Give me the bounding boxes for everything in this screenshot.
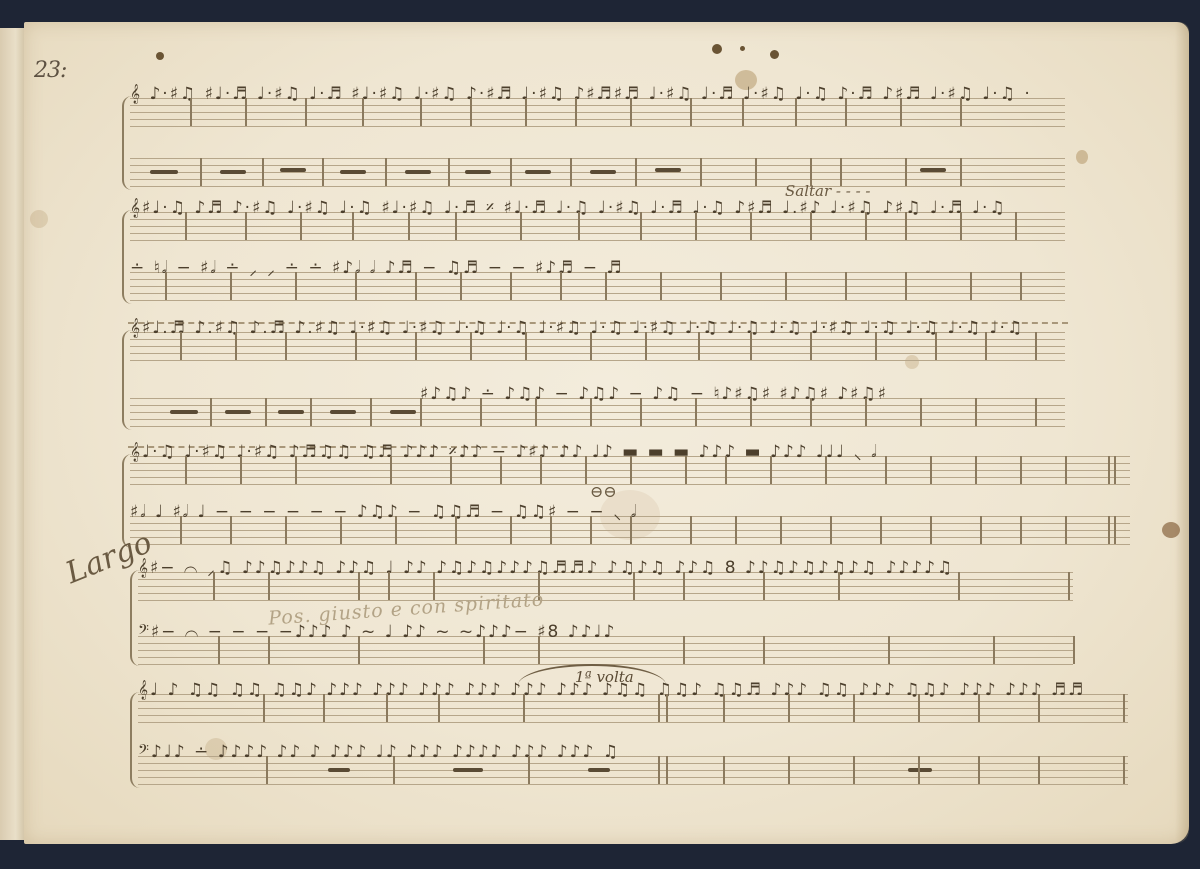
ink-spot: [740, 46, 745, 51]
note-run: 𝄞♯♩·♫ ♪♬ ♪·♯♫ ♩·♯♫ ♩·♫ ♯♩·♯♫ ♩·♬ 𝄎 ♯♩·♬ …: [130, 198, 1065, 242]
treble-staff: 𝄞♯♩·♫ ♪♬ ♪·♯♫ ♩·♯♫ ♩·♫ ♯♩·♯♫ ♩·♬ 𝄎 ♯♩·♬ …: [130, 212, 1065, 240]
bass-staff: [130, 158, 1065, 186]
bass-staff: ♯𝅗𝅥 ♩ ♯𝅗𝅥 ♩ − − − − − − ♪♫♪ − ♫♫♬ − ♫♫♯ …: [130, 516, 1130, 544]
treble-staff: 𝄞♯− ⌒ ⸝♫ ♪♪♫♪♪♫ ♪♪♫ ♩ ♪♪ ♪♫♪♫♪♪♪♫♬♬♪ ♪♫♪…: [138, 572, 1073, 600]
note-run: 𝄞♩ ♪ ♫♫ ♫♫ ♫♫♪ ♪♪♪ ♪♪♪ ♪♪♪ ♪♪♪ ♪♪♪ ♪♪♪ ♪…: [138, 680, 1128, 724]
page-edge: [1175, 22, 1189, 844]
note-run: ∸ ♮𝅗𝅥 − ♯𝅗𝅥 ∸ ⸝ ⸝ ∸ ∸ ♯♪𝅗𝅥 𝅗𝅥 ♪♬ − ♫♬ − …: [130, 258, 1065, 302]
note-run: 𝄢♯− ⌒ − − − −♪♪♪ ♪ ~ ♩ ♪♪ ~ ~♪♪♪− ♯8 ♪♪♩…: [138, 622, 1073, 666]
note-run: 𝄞 ♪·♯♫ ♯♩·♬ ♩·♯♫ ♩·♬ ♯♩·♯♫ ♩·♯♫ ♪·♯♬ ♩·♯…: [130, 84, 1065, 128]
ink-spot: [770, 50, 779, 59]
treble-staff: 𝄞♩·♫ ♩·♯♫ ♩·♯♫ ♪♬♫♫ ♫♬ ♪♪♪ 𝄎♪♪ − ♪♯♪ ♪♪ …: [130, 456, 1130, 484]
treble-staff: 𝄞♩ ♪ ♫♫ ♫♫ ♫♫♪ ♪♪♪ ♪♪♪ ♪♪♪ ♪♪♪ ♪♪♪ ♪♪♪ ♪…: [138, 694, 1128, 722]
note-run: 𝄞♯♩.♬ ♪.♯♫ ♪.♬ ♪.♯♫ ♩·♯♫ ♩·♯♫ ♩·♫ ♩·♫ ♩·…: [130, 318, 1065, 362]
foxing-stain: [30, 210, 48, 228]
left-page-edge: [0, 28, 26, 840]
ink-spot: [156, 52, 164, 60]
treble-staff: 𝄞 ♪·♯♫ ♯♩·♬ ♩·♯♫ ♩·♬ ♯♩·♯♫ ♩·♯♫ ♪·♯♬ ♩·♯…: [130, 98, 1065, 126]
note-run: 𝄢♪♩♪ ∸ ♪♪♪♪ ♪♪ ♪ ♪♪♪ ♩♪ ♪♪♪ ♪♪♪♪ ♪♪♪ ♪♪♪…: [138, 742, 1128, 786]
ink-spot: [712, 44, 722, 54]
bass-staff: 𝄢♪♩♪ ∸ ♪♪♪♪ ♪♪ ♪ ♪♪♪ ♩♪ ♪♪♪ ♪♪♪♪ ♪♪♪ ♪♪♪…: [138, 756, 1128, 784]
bass-staff: ♯♪♫♪ ∸ ♪♫♪ − ♪♫♪ − ♪♫ − ♮♪♯♫♯ ♯♪♫♯ ♪♯♫♯: [130, 398, 1065, 426]
bass-staff: 𝄢♯− ⌒ − − − −♪♪♪ ♪ ~ ♩ ♪♪ ~ ~♪♪♪− ♯8 ♪♪♩…: [138, 636, 1073, 664]
foxing-stain: [1076, 150, 1088, 164]
note-run: 𝄞♯− ⌒ ⸝♫ ♪♪♫♪♪♫ ♪♪♫ ♩ ♪♪ ♪♫♪♫♪♪♪♫♬♬♪ ♪♫♪…: [138, 558, 1073, 602]
double-whole-notes: ⊖⊖: [590, 482, 617, 501]
treble-staff: 𝄞♯♩.♬ ♪.♯♫ ♪.♬ ♪.♯♫ ♩·♯♫ ♩·♯♫ ♩·♫ ♩·♫ ♩·…: [130, 332, 1065, 360]
bass-staff: ∸ ♮𝅗𝅥 − ♯𝅗𝅥 ∸ ⸝ ⸝ ∸ ∸ ♯♪𝅗𝅥 𝅗𝅥 ♪♬ − ♫♬ − …: [130, 272, 1065, 300]
folio-number: 23:: [34, 58, 66, 83]
foxing-stain: [1162, 522, 1180, 538]
note-run: ♯♪♫♪ ∸ ♪♫♪ − ♪♫♪ − ♪♫ − ♮♪♯♫♯ ♯♪♫♯ ♪♯♫♯: [420, 384, 1065, 428]
